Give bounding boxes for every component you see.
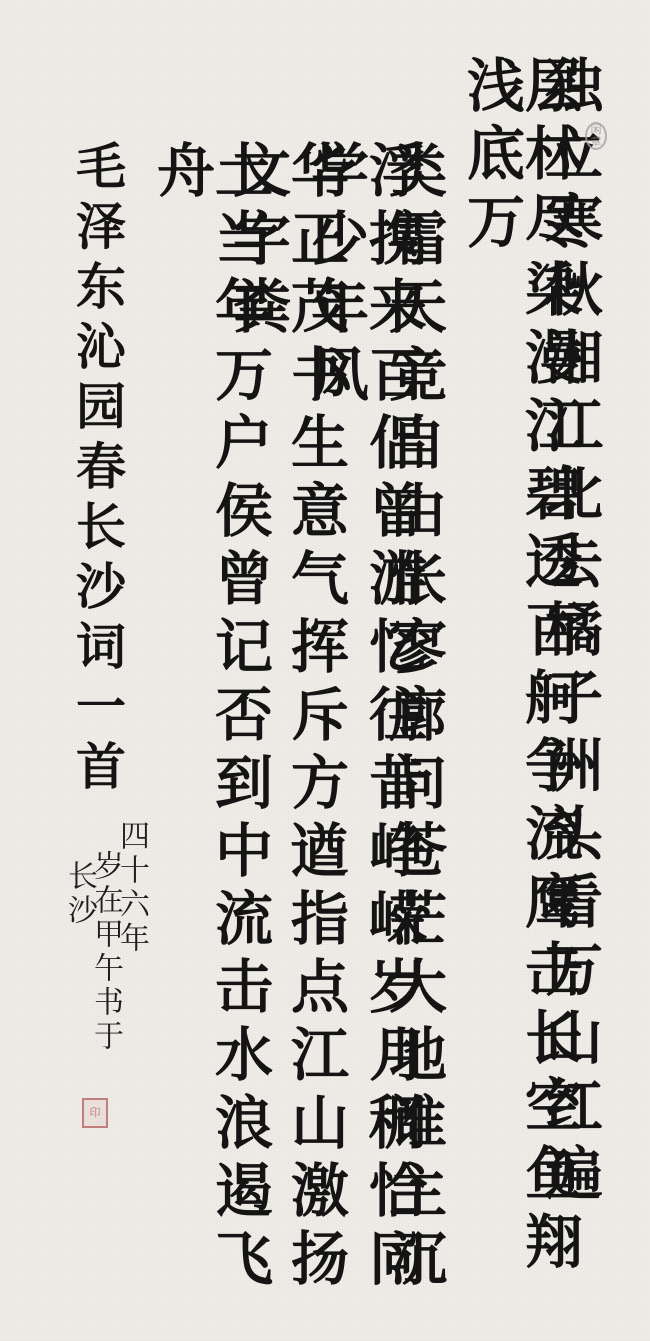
- name-seal-icon: 印: [82, 1098, 108, 1128]
- inscription-line-3: 长沙: [64, 860, 94, 928]
- calligraphy-column-7: 毛泽东沁园春长沙词一首: [72, 140, 122, 800]
- leading-seal-icon: 闲章: [585, 122, 607, 150]
- calligraphy-column-2: 层林尽染漫江碧透百舸争流鹰击长空鱼翔浅底万: [462, 55, 578, 1341]
- calligraphy-column-6: 土当年万户侯曾记否到中流击水浪遏飞舟: [152, 140, 268, 1341]
- calligraphy-scroll: 独立寒秋湘江北去橘子洲头看万山红遍 层林尽染漫江碧透百舸争流鹰击长空鱼翔浅底万 …: [0, 0, 650, 1341]
